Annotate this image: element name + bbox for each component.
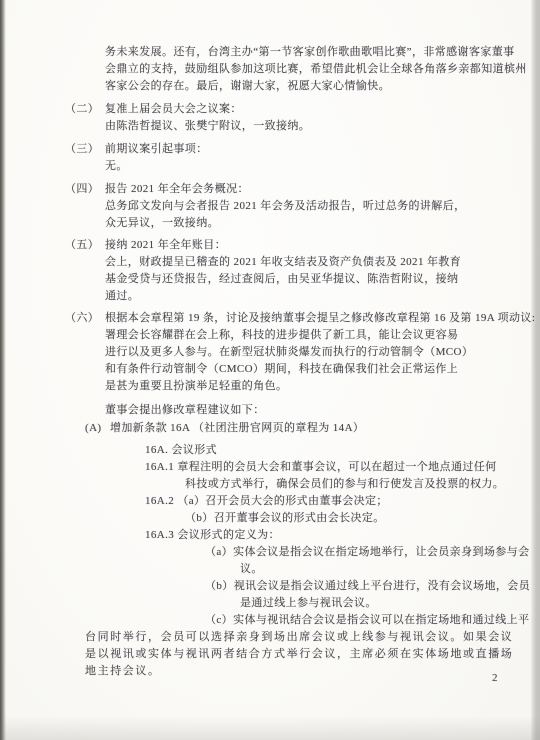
- section-label: （五）: [65, 237, 105, 305]
- text-line: 客家公会的存在。最后，谢谢大家，祝愿大家心情愉快。: [105, 78, 520, 95]
- section-5: （五） 接纳 2021 年全年账目： 会上，财政提呈已稽查的 2021 年收支结…: [65, 237, 520, 305]
- document-content: 务未来发展。还有，台湾主办“第一节客家创作歌曲歌唱比赛”，非常感谢客家董事 会鼎…: [65, 44, 520, 680]
- clause-16a-title: 16A. 会议形式: [145, 442, 520, 459]
- text-line: 署理会长容耀群在会上称，科技的进步提供了新工具，能让会议更容易: [105, 327, 535, 344]
- section-body: 接纳 2021 年全年账目： 会上，财政提呈已稽查的 2021 年收支结表及资产…: [105, 237, 520, 305]
- section-2: （二） 复准上届会员大会之议案： 由陈浩哲提议、张樊宁附议，一致接纳。: [65, 101, 520, 135]
- text-line: 报告 2021 年全年会务概况：: [105, 181, 520, 198]
- clause-line: （c）实体与视讯结合会议是指会议可以在指定场地和通过线上平: [205, 612, 520, 629]
- clause-line: 是通过线上参与视讯会议。: [240, 595, 520, 612]
- text-line: 基金受贷与还贷报告，经过查阅后，由吴亚华提议、陈浩哲附议，接纳: [105, 271, 520, 288]
- item-a-text: 增加新条款 16A （社团注册官网页的章程为 14A）: [110, 422, 364, 434]
- amendment-intro: 董事会提出修改章程建议如下：: [105, 402, 520, 419]
- section-6: （六） 根据本会章程第 19 条，讨论及接纳董事会提呈之修改修改章程第 16 及…: [65, 310, 520, 395]
- text-line: 和有条件行动管制令（CMCO）期间，科技在确保我们社会正常运作上: [105, 361, 535, 378]
- section-body: 报告 2021 年全年会务概况： 总务邱文发向与会者报告 2021 年会务及活动…: [105, 181, 520, 232]
- text-line: 是甚为重要且扮演举足轻重的角色。: [105, 378, 535, 395]
- text-line: 根据本会章程第 19 条，讨论及接纳董事会提呈之修改修改章程第 16 及第 19…: [105, 310, 535, 327]
- clause-line: 16A.2 （a）召开会员大会的形式由董事会决定；: [145, 493, 520, 510]
- clause-line: 台同时举行，会员可以选择亲身到场出席会议或上线参与视讯会议。如果会议: [85, 629, 520, 646]
- intro-paragraph: 务未来发展。还有，台湾主办“第一节客家创作歌曲歌唱比赛”，非常感谢客家董事 会鼎…: [105, 44, 520, 95]
- section-label: （三）: [65, 141, 105, 175]
- page-left-edge: [0, 0, 6, 740]
- text-line: 复准上届会员大会之议案：: [105, 101, 520, 118]
- page-bottom-shadow: [0, 716, 540, 740]
- amendment-item-a: (A)增加新条款 16A （社团注册官网页的章程为 14A）: [85, 420, 520, 437]
- text-line: 会上，财政提呈已稽查的 2021 年收支结表及资产负债表及 2021 年教育: [105, 254, 520, 271]
- text-line: 通过。: [105, 288, 520, 305]
- text-line: 无。: [105, 158, 520, 175]
- text-line: 务未来发展。还有，台湾主办“第一节客家创作歌曲歌唱比赛”，非常感谢客家董事: [105, 44, 520, 61]
- clause-line: 议。: [240, 561, 520, 578]
- section-label: （二）: [65, 101, 105, 135]
- clause-line: 是以视讯或实体与视讯两者结合方式举行会议，主席必须在实体场地或直播场: [85, 646, 520, 663]
- clause-line: （b）召开董事会议的形式由会长决定。: [185, 510, 520, 527]
- section-4: （四） 报告 2021 年全年会务概况： 总务邱文发向与会者报告 2021 年会…: [65, 181, 520, 232]
- clause-line: 16A.3 会议形式的定义为：: [145, 527, 520, 544]
- section-3: （三） 前期议案引起事项： 无。: [65, 141, 520, 175]
- text-line: 进行以及更多人参与。在新型冠状肺炎爆发而执行的行动管制令（MCO）: [105, 344, 535, 361]
- text-line: 总务邱文发向与会者报告 2021 年会务及活动报告，听过总务的讲解后，: [105, 198, 520, 215]
- text-line: 会鼎立的支持，鼓励组队参加这项比赛，希望借此机会让全球各角落乡亲都知道槟州: [105, 61, 520, 78]
- scanned-page: 务未来发展。还有，台湾主办“第一节客家创作歌曲歌唱比赛”，非常感谢客家董事 会鼎…: [0, 0, 540, 740]
- section-body: 复准上届会员大会之议案： 由陈浩哲提议、张樊宁附议，一致接纳。: [105, 101, 520, 135]
- text-line: 由陈浩哲提议、张樊宁附议，一致接纳。: [105, 118, 520, 135]
- clause-line: 16A.1 章程注明的会员大会和董事会议，可以在超过一个地点通过任何: [145, 459, 520, 476]
- section-label: （四）: [65, 181, 105, 232]
- clause-line: （a）实体会议是指会议在指定场地举行，让会员亲身到场参与会: [205, 544, 520, 561]
- section-body: 根据本会章程第 19 条，讨论及接纳董事会提呈之修改修改章程第 16 及第 19…: [105, 310, 535, 395]
- page-number: 2: [492, 672, 498, 684]
- section-label: （六）: [65, 310, 105, 395]
- text-line: 众无异议，一致接纳。: [105, 215, 520, 232]
- clause-line: 地主持会议。: [85, 663, 520, 680]
- section-body: 前期议案引起事项： 无。: [105, 141, 520, 175]
- clause-line: （b）视讯会议是指会议通过线上平台进行，没有会议场地，会员: [205, 578, 520, 595]
- clause-line: 科技或方式举行，确保会员们的参与和行使发言及投票的权力。: [185, 476, 520, 493]
- text-line: 前期议案引起事项：: [105, 141, 520, 158]
- item-a-label: (A): [85, 420, 110, 437]
- text-line: 接纳 2021 年全年账目：: [105, 237, 520, 254]
